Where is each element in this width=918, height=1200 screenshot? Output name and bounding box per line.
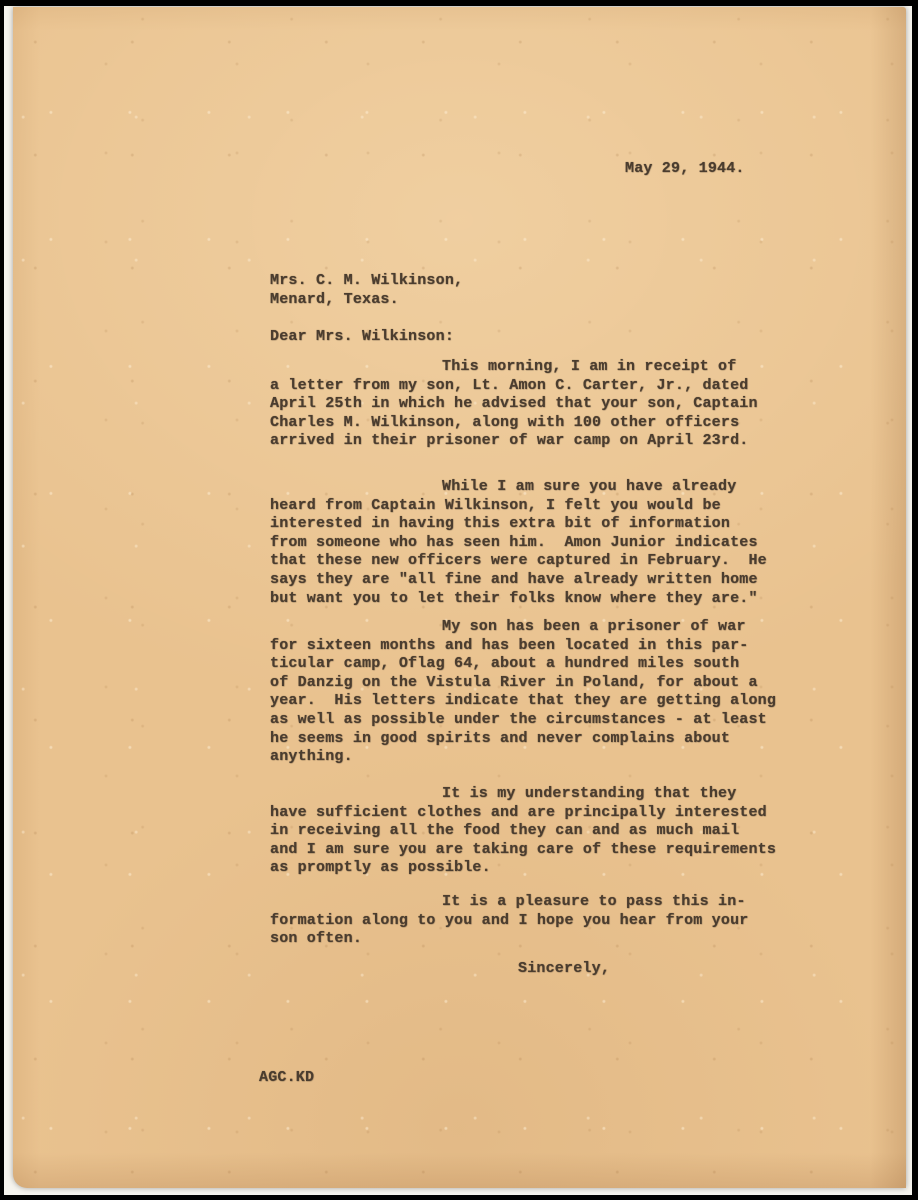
- scanned-letter-screenshot: { "document": { "date": "May 29, 1944.",…: [0, 0, 918, 1200]
- reference-initials: AGC.KD: [259, 1069, 314, 1088]
- letter-paragraph-3: My son has been a prisoner of war for si…: [270, 618, 790, 767]
- recipient-address: Mrs. C. M. Wilkinson, Menard, Texas.: [270, 272, 463, 309]
- salutation: Dear Mrs. Wilkinson:: [270, 328, 454, 347]
- closing: Sincerely,: [518, 960, 610, 979]
- letter-page: May 29, 1944. Mrs. C. M. Wilkinson, Mena…: [13, 7, 906, 1188]
- letter-paragraph-1: This morning, I am in receipt of a lette…: [270, 358, 790, 451]
- letter-paragraph-4: It is my understanding that they have su…: [270, 785, 790, 878]
- letter-paragraph-5: It is a pleasure to pass this in- format…: [270, 893, 790, 949]
- letter-paragraph-2: While I am sure you have already heard f…: [270, 478, 790, 608]
- letter-date: May 29, 1944.: [625, 160, 745, 179]
